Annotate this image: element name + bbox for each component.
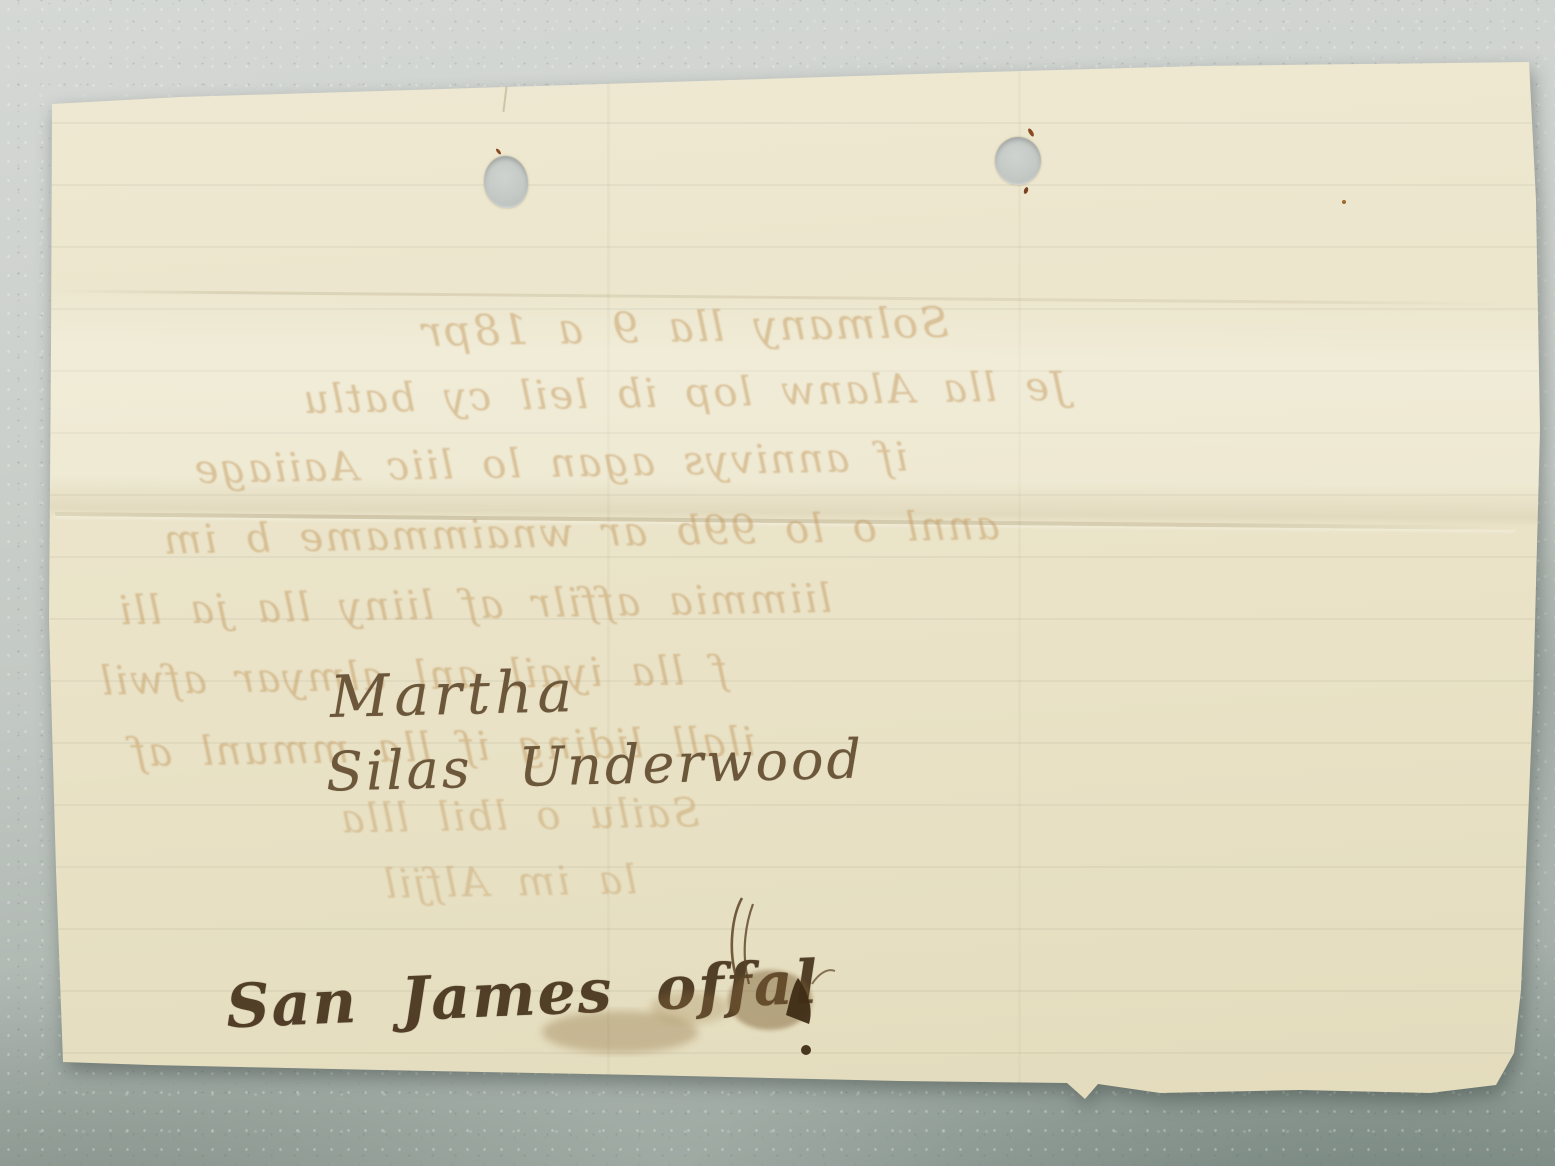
photo-scene: Solmany lla 9 a 18pr Je lla Alanw lop ib… — [0, 0, 1555, 1166]
paper-edge-shading — [0, 0, 1555, 1166]
paper-sheet: Solmany lla 9 a 18pr Je lla Alanw lop ib… — [0, 0, 1555, 1166]
document-paper: Solmany lla 9 a 18pr Je lla Alanw lop ib… — [0, 0, 1555, 1166]
